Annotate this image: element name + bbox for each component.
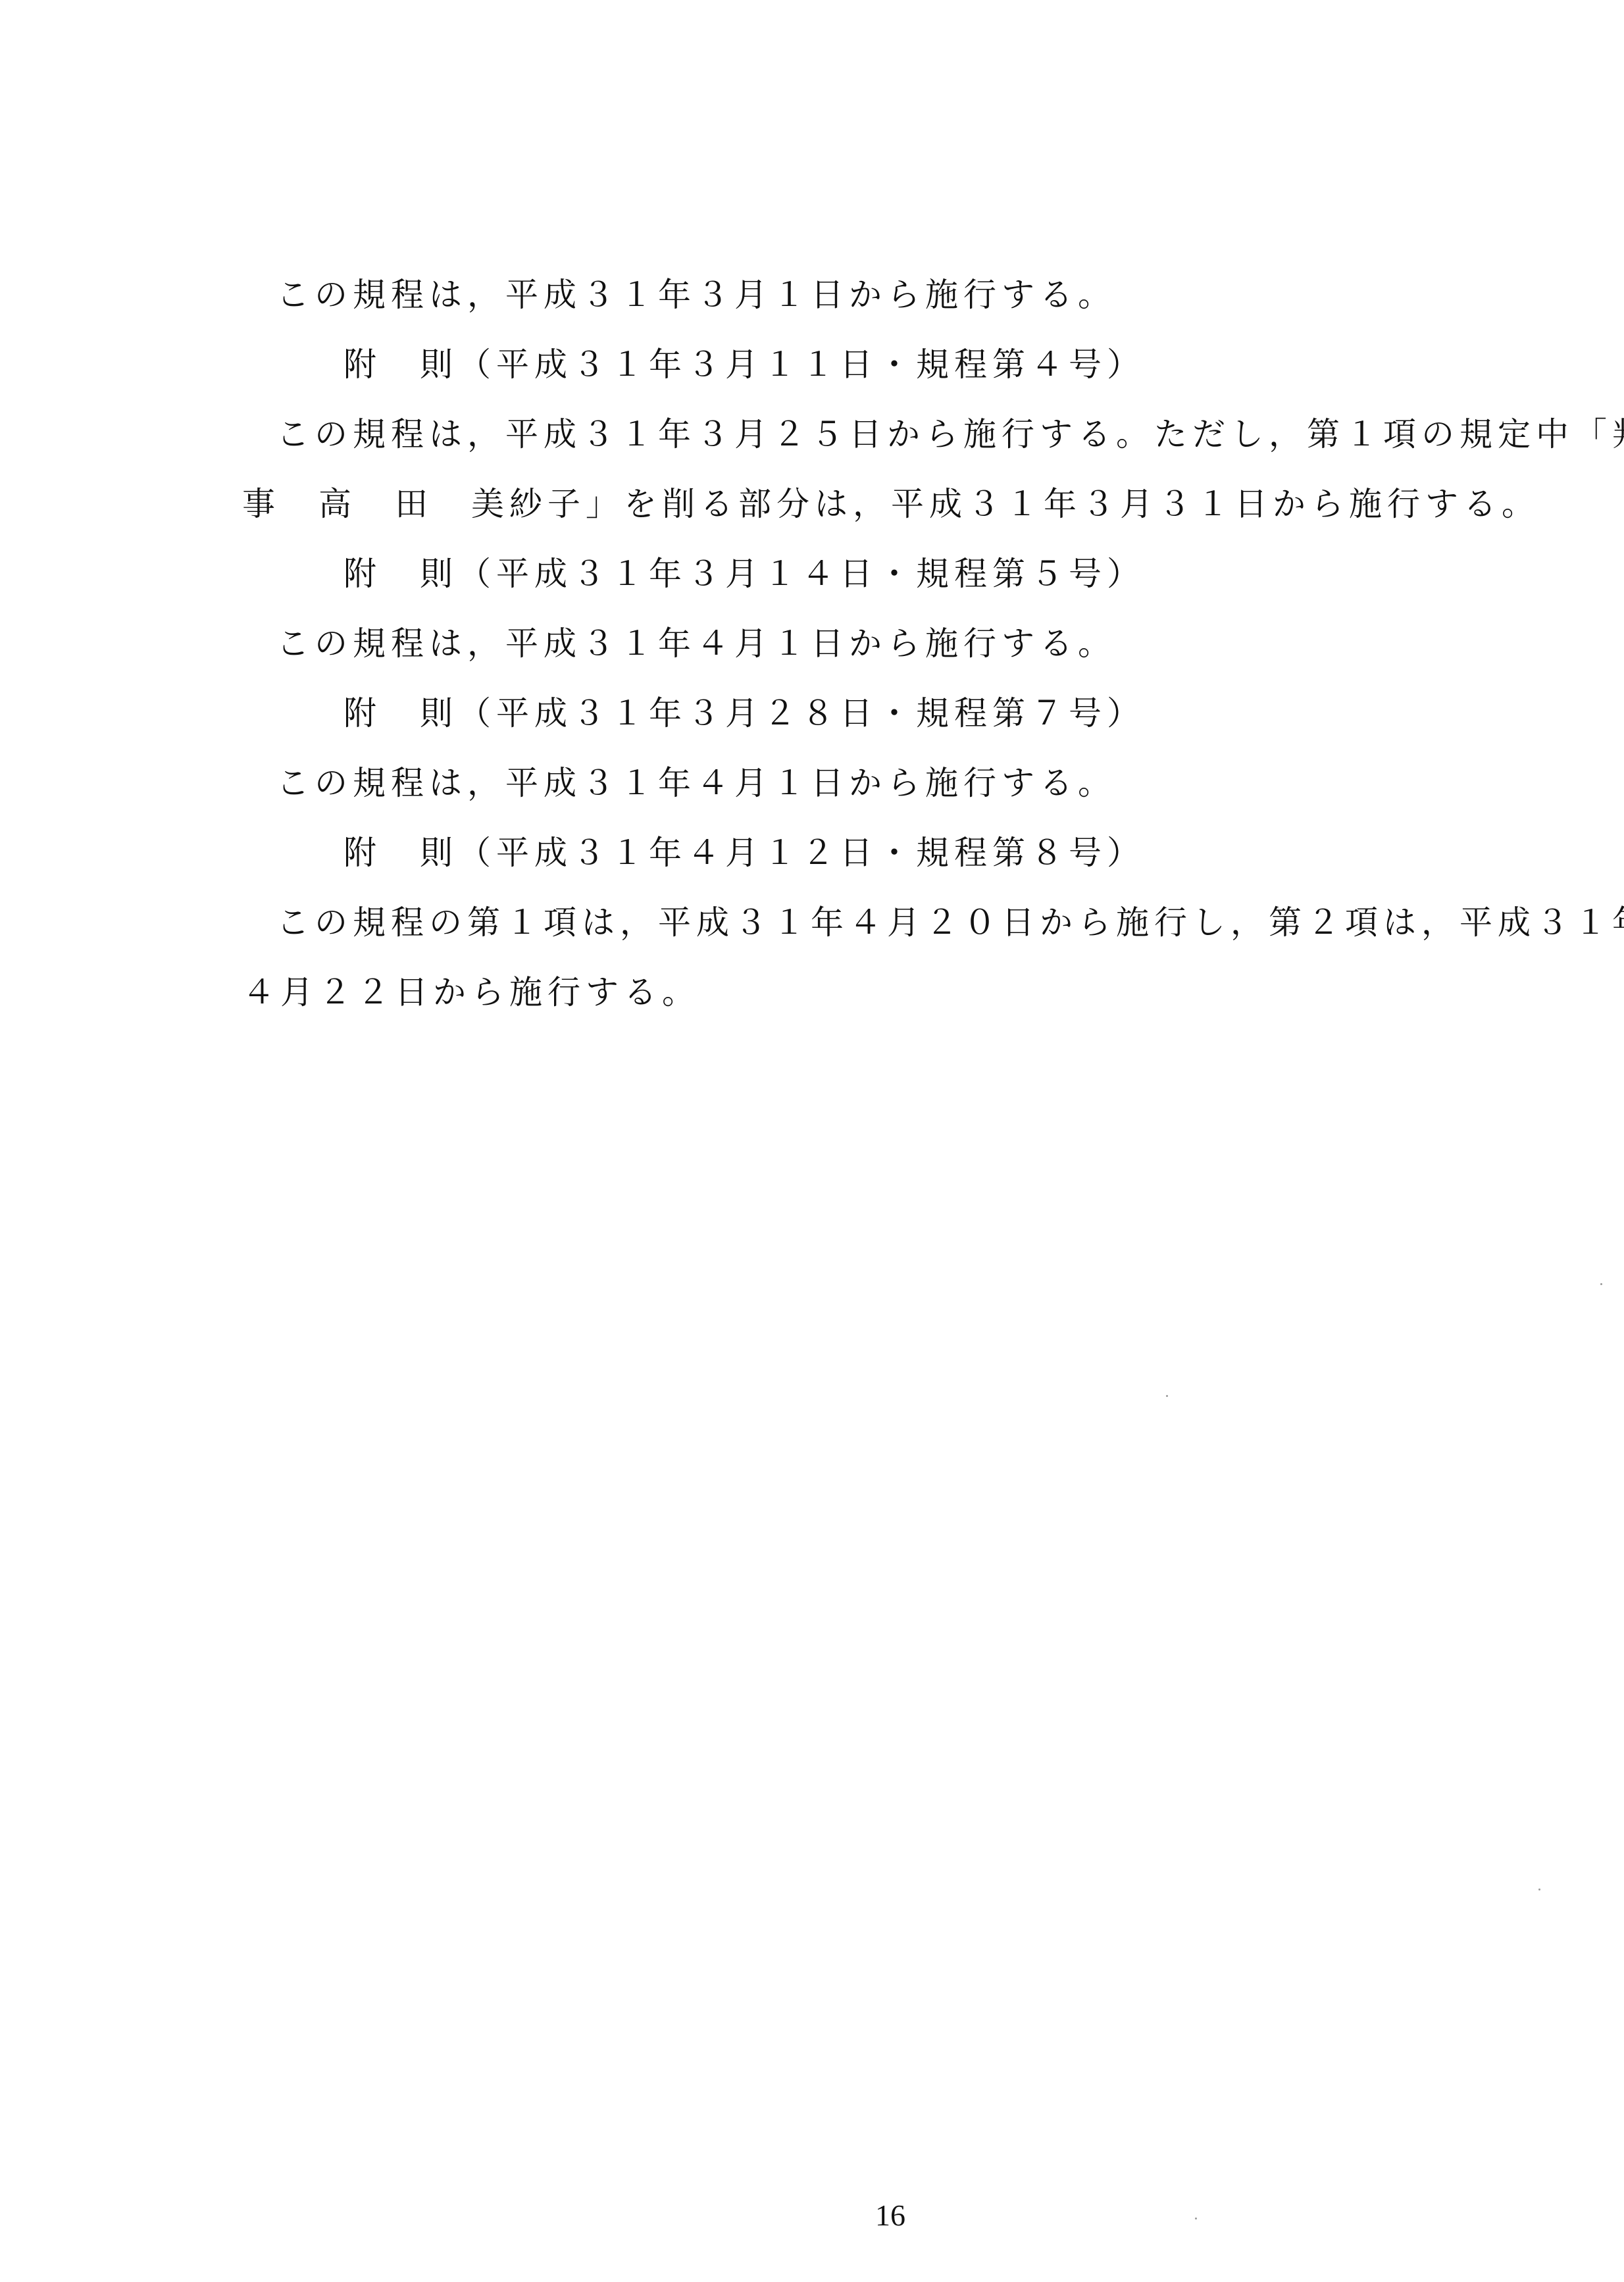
supplementary-provision-heading: 附 則（平成３１年３月１１日・規程第４号） [343, 345, 1145, 384]
supplementary-provision-heading: 附 則（平成３１年４月１２日・規程第８号） [343, 833, 1145, 873]
page-number: 16 [875, 2198, 905, 2233]
scan-speck [1538, 1889, 1540, 1890]
provision-paragraph-continuation: ４月２２日から施行する。 [242, 973, 700, 1012]
scan-speck [1600, 1283, 1602, 1285]
supplementary-provision-heading: 附 則（平成３１年３月１４日・規程第５号） [343, 554, 1145, 594]
document-page: この規程は，平成３１年３月１日から施行する。 附 則（平成３１年３月１１日・規程… [0, 0, 1624, 2282]
scan-speck [1166, 1395, 1168, 1397]
provision-paragraph: この規程は，平成３１年４月１日から施行する。 [276, 763, 1116, 803]
provision-paragraph-continuation: 事 高 田 美紗子」を削る部分は，平成３１年３月３１日から施行する。 [242, 484, 1540, 524]
provision-paragraph: この規程は，平成３１年３月１日から施行する。 [276, 275, 1116, 315]
supplementary-provision-heading: 附 則（平成３１年３月２８日・規程第７号） [343, 694, 1145, 733]
provision-paragraph: この規程の第１項は，平成３１年４月２０日から施行し，第２項は，平成３１年 [276, 903, 1624, 942]
provision-paragraph: この規程は，平成３１年３月２５日から施行する。ただし，第１項の規定中「判 [276, 415, 1624, 454]
provision-paragraph: この規程は，平成３１年４月１日から施行する。 [276, 624, 1116, 663]
scan-speck [1195, 2218, 1197, 2219]
